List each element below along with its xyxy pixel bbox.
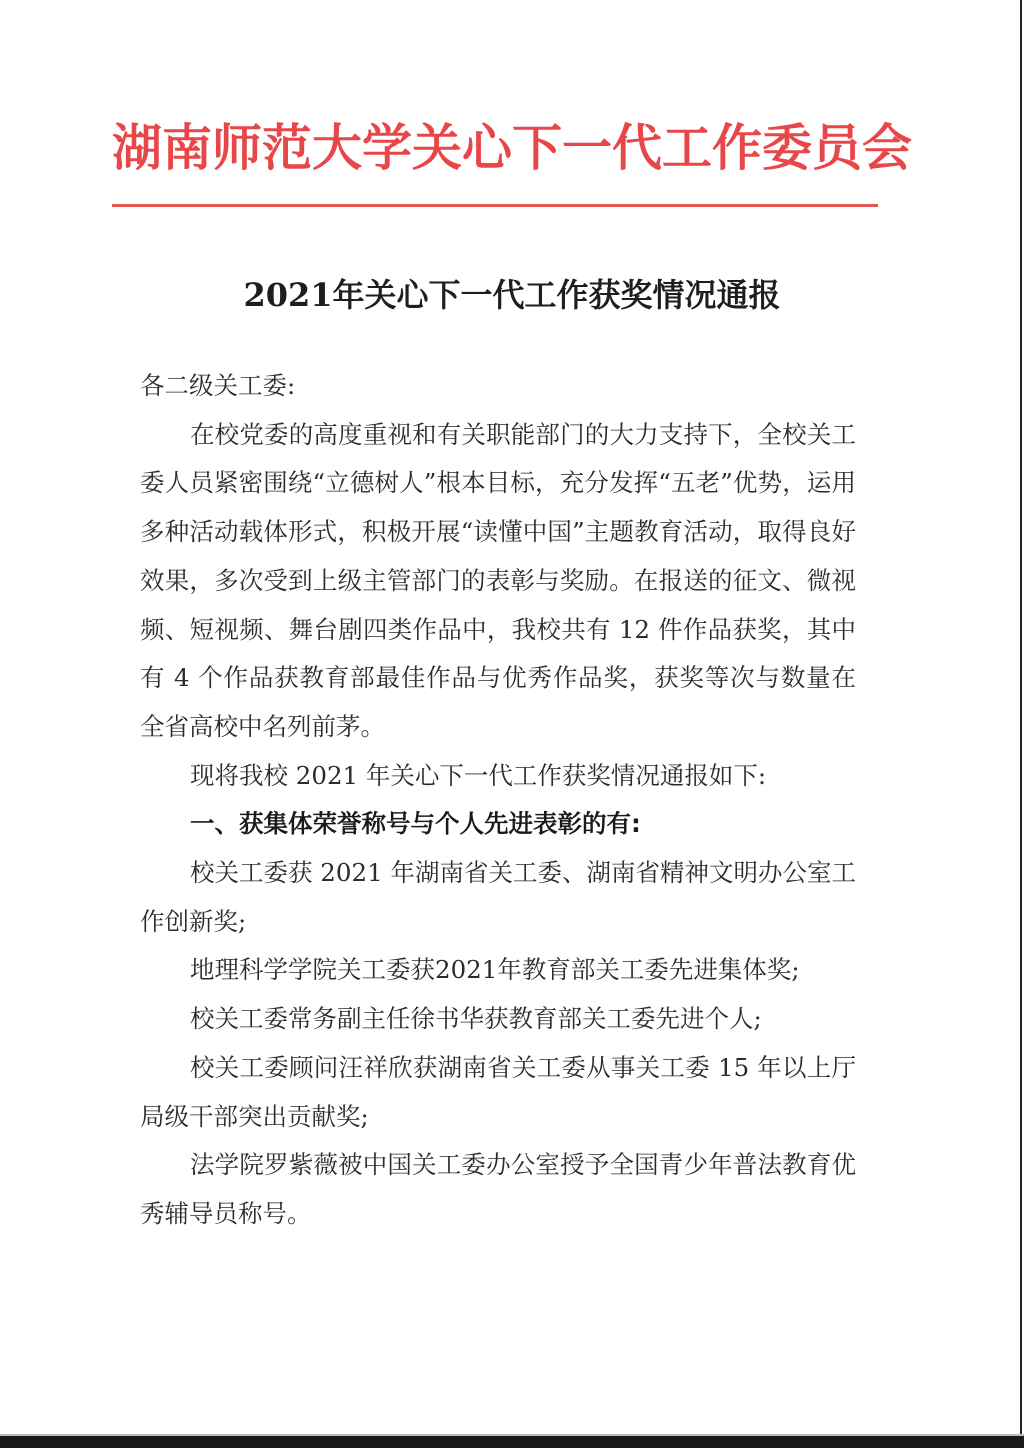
letterhead-title: 湖南师范大学关心下一代工作委员会 bbox=[112, 108, 882, 180]
scan-edge-right bbox=[1020, 0, 1022, 1436]
document-body: 各二级关工委: 在校党委的高度重视和有关职能部门的大力支持下，全校关工委人员紧密… bbox=[140, 362, 856, 1239]
letterhead-red-rule bbox=[112, 204, 878, 207]
scan-edge-bottom bbox=[0, 1436, 1024, 1448]
award-item: 校关工委获 2021 年湖南省关工委、湖南省精神文明办公室工作创新奖; bbox=[140, 849, 856, 946]
award-item: 校关工委顾问汪祥欣获湖南省关工委从事关工委 15 年以上厅局级干部突出贡献奖; bbox=[140, 1044, 856, 1141]
salutation: 各二级关工委: bbox=[140, 362, 856, 411]
paragraph-announcement: 现将我校 2021 年关心下一代工作获奖情况通报如下: bbox=[140, 752, 856, 801]
section-1-heading: 一、获集体荣誉称号与个人先进表彰的有: bbox=[140, 800, 856, 849]
award-item: 法学院罗紫薇被中国关工委办公室授予全国青少年普法教育优秀辅导员称号。 bbox=[140, 1141, 856, 1238]
award-item: 地理科学学院关工委获2021年教育部关工委先进集体奖; bbox=[140, 946, 856, 995]
document-title: 2021年关心下一代工作获奖情况通报 bbox=[0, 270, 1024, 316]
award-item: 校关工委常务副主任徐书华获教育部关工委先进个人; bbox=[140, 995, 856, 1044]
paragraph-intro: 在校党委的高度重视和有关职能部门的大力支持下，全校关工委人员紧密围绕“立德树人”… bbox=[140, 411, 856, 752]
